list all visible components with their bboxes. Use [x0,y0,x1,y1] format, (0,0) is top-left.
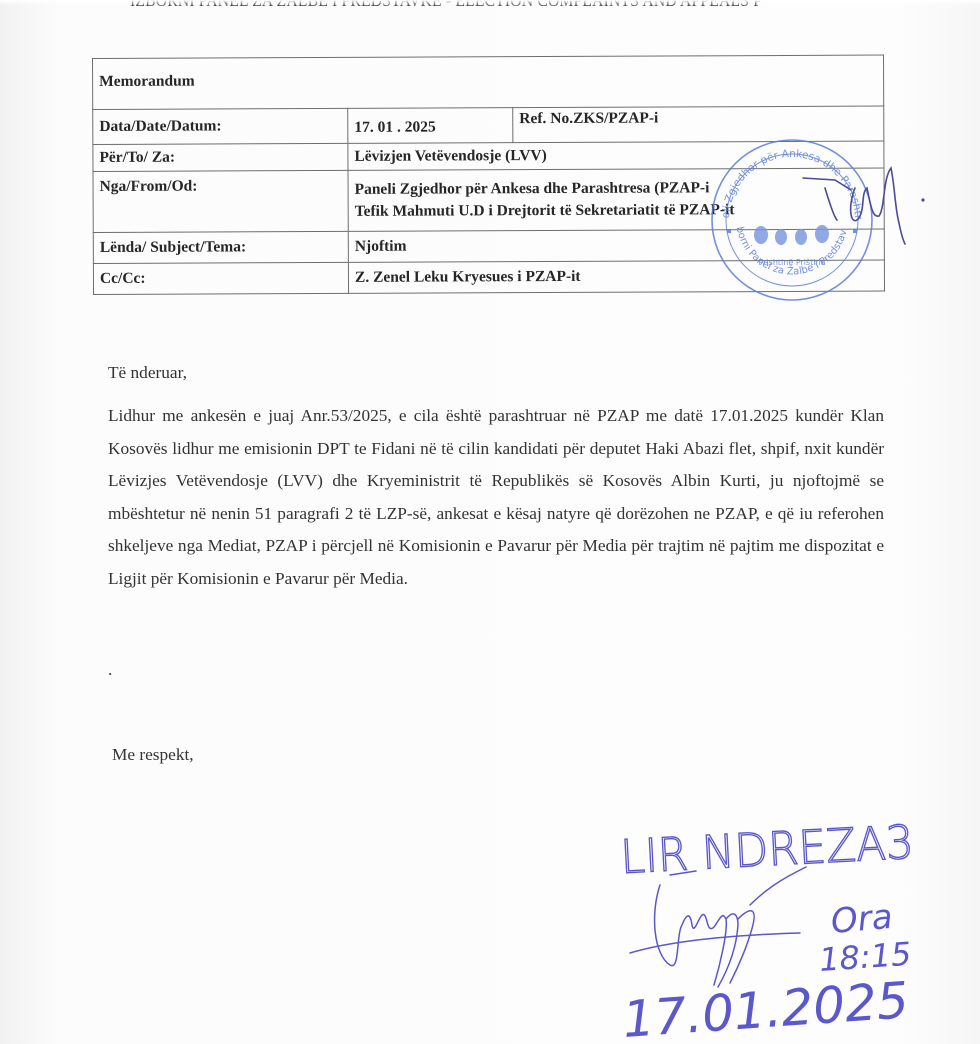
to-label: Për/To/ Za: [93,143,348,171]
date-label: Data/Date/Datum: [93,108,348,144]
director-signature-icon [795,148,935,258]
handwritten-date: 17.01.2025 [621,971,911,1044]
subject-label: Lënda/ Subject/Tema: [93,231,348,263]
greeting: Të nderuar, [108,363,187,383]
closing-salutation: Me respekt, [112,745,194,765]
handwritten-receipt-note: LIR NDREZA3 Ora 18:15 17.01.2025 [610,815,970,1044]
memorandum-heading: Memorandum [93,55,884,109]
stray-dot: . [108,660,112,680]
handwritten-time-label: Ora [829,897,894,942]
header-fade [0,0,980,6]
stamp-city: Prishtinë Priština [758,257,825,267]
date-value: 17. 01 . 2025 [348,108,513,144]
from-label: Nga/From/Od: [93,170,348,232]
body-paragraph: Lidhur me ankesën e juaj Anr.53/2025, e … [108,400,884,595]
cc-label: Cc/Cc: [93,262,348,294]
handwritten-name: LIR NDREZA3 [619,815,915,884]
